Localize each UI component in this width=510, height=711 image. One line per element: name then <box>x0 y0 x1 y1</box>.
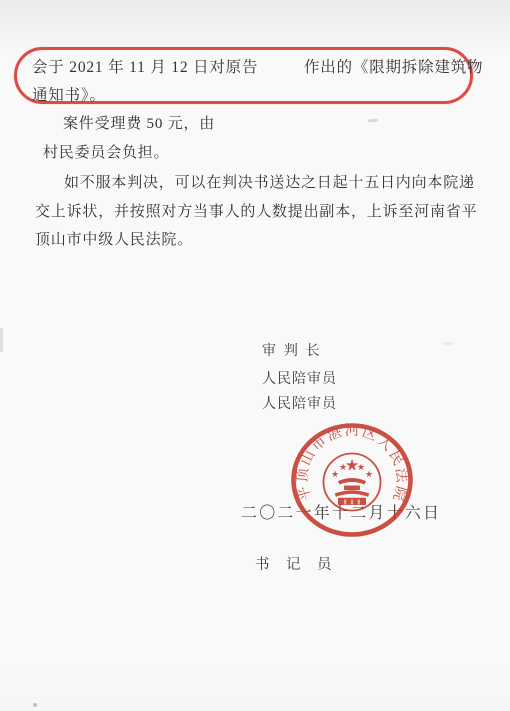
small-star-icon: ★ <box>357 462 365 472</box>
appeal-line-2: 交上诉状，并按照对方当事人的人数提出副本，上诉至河南省平 <box>35 203 477 222</box>
fee-line: 案件受理费 50 元，由 <box>63 115 215 134</box>
peoples-juror-title-2: 人民陪审员 <box>262 395 337 414</box>
peoples-juror-title-1: 人民陪审员 <box>262 370 337 389</box>
scanned-court-document: 会于 2021 年 11 月 12 日对原告 作出的《限期拆除建筑物 通知书》。… <box>0 0 510 711</box>
small-star-icon: ★ <box>365 469 373 479</box>
boxed-clause-line1-right: 作出的《限期拆除建筑物 <box>304 58 483 77</box>
burden-line: 村民委员会负担。 <box>43 144 169 163</box>
appeal-line-1: 如不服本判决，可以在判决书送达之日起十五日内向本院递 <box>64 174 475 193</box>
highlight-annotation-box: 会于 2021 年 11 月 12 日对原告 作出的《限期拆除建筑物 通知书》。 <box>14 47 473 104</box>
scan-artifact-edge <box>0 328 3 352</box>
scan-artifact-speck <box>33 703 37 707</box>
presiding-judge-title: 审 判 长 <box>262 342 322 361</box>
boxed-clause-line1-left: 会于 2021 年 11 月 12 日对原告 <box>32 58 258 77</box>
small-star-icon: ★ <box>331 469 339 479</box>
scan-artifact-smudge <box>440 341 456 346</box>
boxed-clause-line2: 通知书》。 <box>32 86 106 105</box>
court-seal: 平顶山市湛河区人民法院 ★ ★ ★ ★ ★ <box>287 420 417 540</box>
redaction-mark: · <box>206 111 213 130</box>
national-emblem-icon: ★ ★ ★ ★ ★ <box>324 454 381 511</box>
tiananmen-gate-icon <box>335 478 370 505</box>
small-star-icon: ★ <box>339 462 347 472</box>
clerk-title: 书 记 员 <box>255 556 333 575</box>
scan-artifact-dash <box>368 118 378 122</box>
appeal-line-3: 顶山市中级人民法院。 <box>35 231 193 250</box>
